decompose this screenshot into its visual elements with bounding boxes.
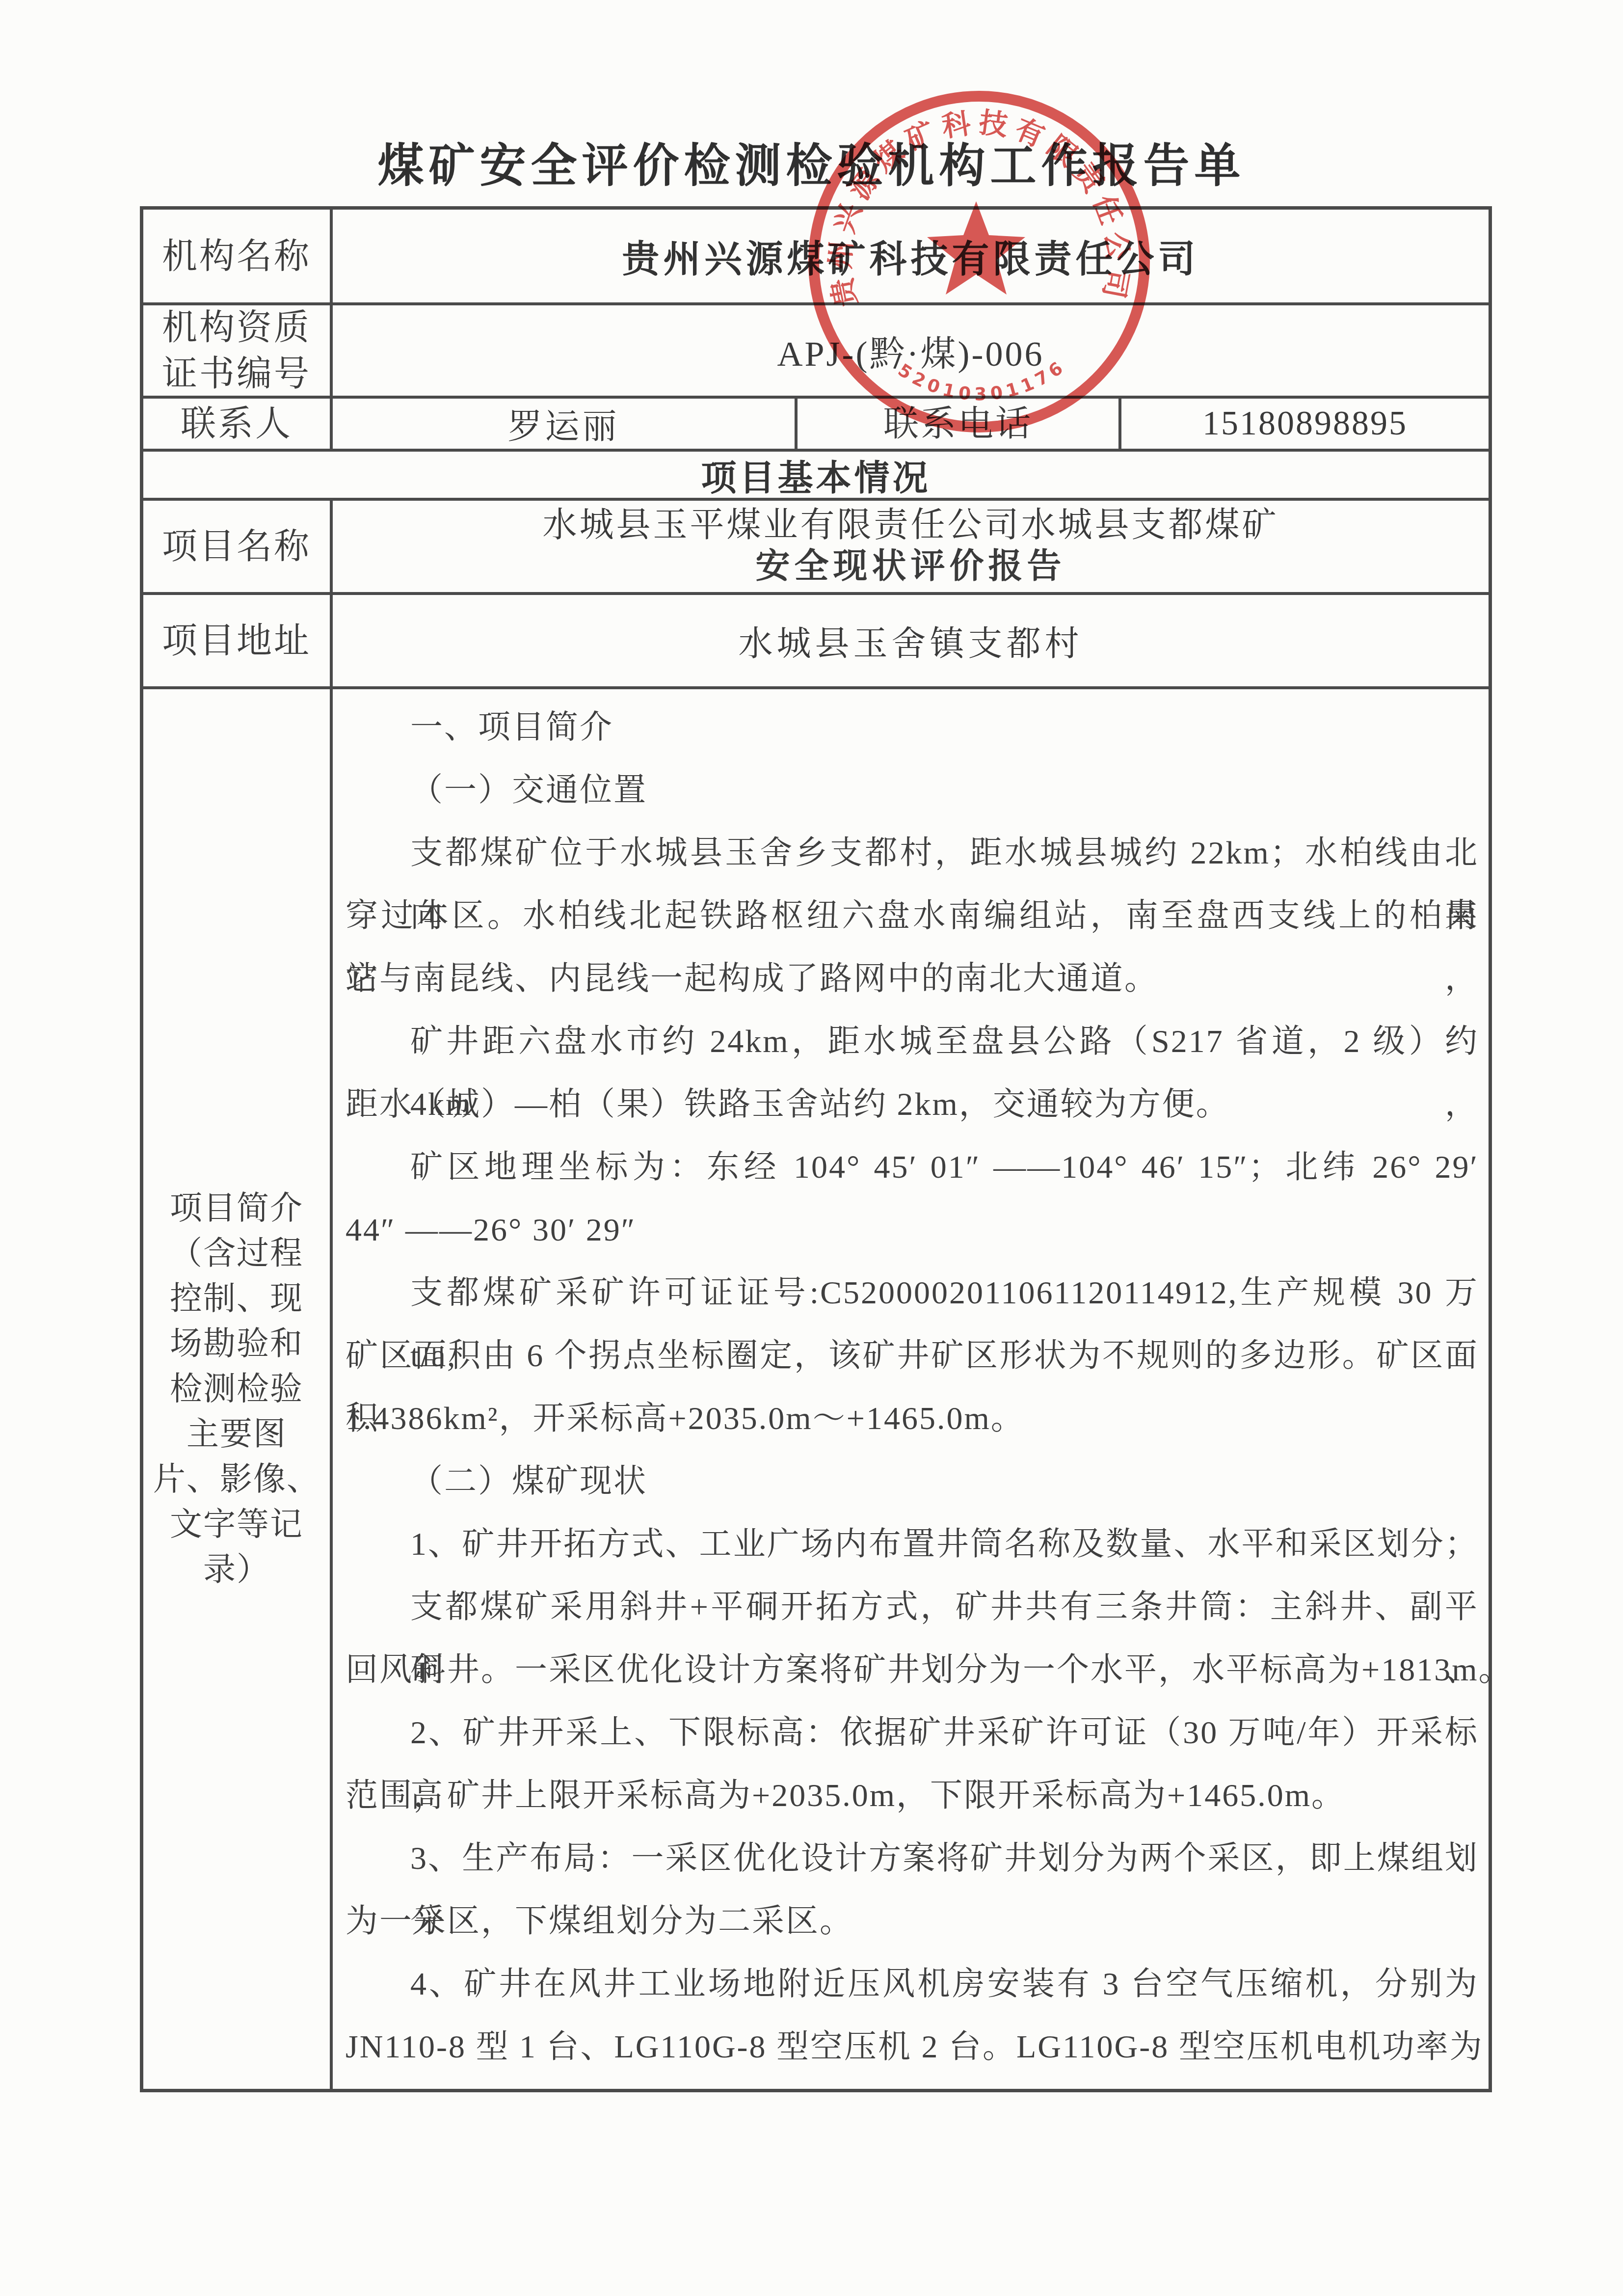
report-text-line: 矿区面积由 6 个拐点坐标圈定，该矿井矿区形状为不规则的多边形。矿区面积	[346, 1324, 1479, 1387]
report-text-line: 穿过本区。水柏线北起铁路枢纽六盘水南编组站，南至盘西支线上的柏果站，	[346, 885, 1479, 947]
intro-label-line: 主要图	[186, 1412, 287, 1457]
intro-label: 项目简介（含过程控制、现场勘验和检测检验主要图片、影像、文字等记录）	[143, 686, 330, 2089]
report-text-line: 范围，矿井上限开采标高为+2035.0m，下限开采标高为+1465.0m。	[346, 1764, 1479, 1827]
report-text-line: 44″ ——26° 30′ 29″	[346, 1199, 1479, 1262]
scanned-report-page: { "page": { "title": "煤矿安全评价检测检验机构工作报告单"…	[0, 0, 1623, 2296]
report-text-line: 为一采区，下煤组划分为二采区。	[346, 1890, 1479, 1953]
report-text-line: 2、矿井开采上、下限标高：依据矿井采矿许可证（30 万吨/年）开采标高	[346, 1702, 1479, 1764]
intro-label-line: 检测检验	[170, 1367, 303, 1412]
report-text-line: 4、矿井在风井工业场地附近压风机房安装有 3 台空气压缩机，分别为	[346, 1953, 1479, 2016]
project-address-label: 项目地址	[143, 592, 330, 686]
contact-label: 联系人	[143, 396, 330, 449]
org-name-label: 机构名称	[143, 210, 330, 302]
report-table: 机构名称 贵州兴源煤矿科技有限责任公司 机构资质 证书编号 APJ-(黔·煤)-…	[140, 206, 1492, 2092]
project-name-value: 水城县玉平煤业有限责任公司水城县支都煤矿 安全现状评价报告	[330, 498, 1489, 592]
report-lines: 一、项目简介（一）交通位置支都煤矿位于水城县玉舍乡支都村，距水城县城约 22km…	[330, 686, 1489, 2089]
project-name-line1: 水城县玉平煤业有限责任公司水城县支都煤矿	[543, 505, 1279, 546]
cert-no-label-line2: 证书编号	[162, 351, 311, 396]
report-text-line: 矿区地理坐标为：东经 104° 45′ 01″ ——104° 46′ 15″；北…	[346, 1136, 1479, 1199]
report-text-line: （二）煤矿现状	[346, 1450, 1479, 1513]
project-address-value: 水城县玉舍镇支都村	[330, 592, 1489, 686]
intro-label-line: 场勘验和	[170, 1322, 303, 1367]
intro-label-line: 文字等记	[170, 1502, 303, 1547]
cert-no-label: 机构资质 证书编号	[143, 302, 330, 396]
report-text-line: 一、项目简介	[346, 696, 1479, 759]
report-text-line: 支都煤矿采矿许可证证号:C5200002011061120114912,生产规模…	[346, 1262, 1479, 1324]
intro-label-line: （含过程	[170, 1231, 303, 1276]
report-text-line: 1.4386km²，开采标高+2035.0m～+1465.0m。	[346, 1387, 1479, 1450]
cert-no-value: APJ-(黔·煤)-006	[330, 302, 1489, 396]
report-text-line: 1、矿井开拓方式、工业广场内布置井筒名称及数量、水平和采区划分；	[346, 1513, 1479, 1576]
report-text-line: 回风斜井。一采区优化设计方案将矿井划分为一个水平，水平标高为+1813m。	[346, 1639, 1479, 1702]
report-text-line: 支都煤矿位于水城县玉舍乡支都村，距水城县城约 22km；水柏线由北向南	[346, 822, 1479, 885]
report-text-line: 矿井距六盘水市约 24km，距水城至盘县公路（S217 省道，2 级）约 4km…	[346, 1010, 1479, 1073]
report-text-line: （一）交通位置	[346, 759, 1479, 822]
project-name-line2: 安全现状评价报告	[756, 546, 1066, 588]
phone-label: 联系电话	[795, 396, 1118, 449]
contact-name-value: 罗运丽	[330, 396, 795, 449]
project-name-label: 项目名称	[143, 498, 330, 592]
report-text-line: 3、生产布局：一采区优化设计方案将矿井划分为两个采区，即上煤组划分	[346, 1827, 1479, 1890]
intro-label-line: 控制、现	[170, 1276, 303, 1322]
intro-label-line: 项目简介	[170, 1186, 303, 1231]
org-name-value: 贵州兴源煤矿科技有限责任公司	[330, 210, 1489, 302]
cert-no-label-line1: 机构资质	[162, 304, 311, 351]
intro-label-line: 录）	[203, 1547, 270, 1593]
phone-value: 15180898895	[1118, 396, 1489, 449]
report-text-line: 支都煤矿采用斜井+平硐开拓方式，矿井共有三条井筒：主斜井、副平硐、	[346, 1576, 1479, 1639]
section-header-project-basics: 项目基本情况	[143, 449, 1489, 498]
page-title: 煤矿安全评价检测检验机构工作报告单	[0, 129, 1623, 195]
report-text-line: JN110-8 型 1 台、LG110G-8 型空压机 2 台。LG110G-8…	[346, 2016, 1479, 2079]
intro-label-line: 片、影像、	[153, 1457, 320, 1502]
